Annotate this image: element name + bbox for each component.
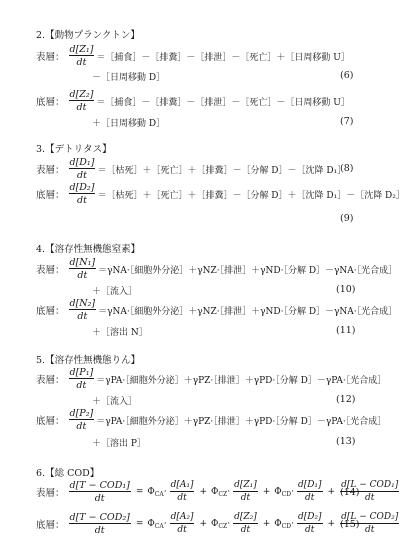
lhs-derivative: d[P₂] dt [69,409,95,432]
equation-6: 表層： d[Z₁] dt ＝［捕食］－［排糞］－［排泄］－［死亡］＋［日周移動 … [36,45,350,67]
derivative-term: d[A₂] dt [170,513,195,535]
equation-number: (6) [340,70,353,81]
equation-continuation: －［日周移動 D］ [92,70,165,83]
equation-continuation: ＋［日周移動 D］ [92,116,165,129]
equation-10: 表層： d[N₁] dt ＝γNA·［細胞外分泌］＋γNZ·［排泄］＋γND·［… [36,258,397,280]
phi-coefficient: ΦCZ· [211,487,230,498]
equation-rhs: ＝γNA·［細胞外分泌］＋γNZ·［排泄］＋γND·［分解 D］－γNA·［光合… [98,304,397,317]
equation-7: 底層： d[Z₂] dt ＝［捕食］－［排糞］－［排泄］－［死亡］－［日周移動 … [36,90,350,112]
equation-number: (15) [340,519,360,530]
equation-continuation: ＋［溶出 P］ [92,436,146,449]
equation-number: (8) [340,163,353,174]
layer-label: 底層： [36,303,65,317]
equation-8: 表層： d[D₁] dt ＝［枯死］＋［死亡］＋［排糞］－［分解 D］－［沈降 … [36,158,346,180]
lhs-derivative: d[N₁] dt [69,258,97,281]
derivative-term: d[Z₁] dt [233,481,258,503]
lhs-derivative: d[D₂] dt [69,183,96,206]
derivative-term: d[D₂] dt [297,513,323,535]
section-title-zooplankton: 2.【動物プランクトン】 [36,27,140,41]
equation-11: 底層： d[N₂] dt ＝γNA·［細胞外分泌］＋γNZ·［排泄］＋γND·［… [36,299,397,321]
phi-coefficient: ΦCA· [147,487,166,498]
equation-rhs: ＝γNA·［細胞外分泌］＋γNZ·［排泄］＋γND·［分解 D］－γNA·［光合… [98,263,397,276]
equation-rhs: ＝［枯死］＋［死亡］＋［排糞］－［分解 D］＋［沈降 D₁］－［沈降 D₂］ [97,188,400,201]
equation-continuation: ＋［流入］ [92,394,137,407]
section-title-dissolved-inorganic-phosphorus: 5.【溶存性無機態りん】 [36,352,140,366]
equation-rhs: ＝γPA·［細胞外分泌］＋γPZ·［排泄］＋γPD·［分解 D］－γPA·［光合… [96,414,386,427]
layer-label: 表層： [36,372,65,386]
derivative-term: d[A₁] dt [170,481,195,503]
lhs-derivative: d[D₁] dt [69,158,96,181]
equation-rhs: ＝［捕食］－［排糞］－［排泄］－［死亡］＋［日周移動 U］ [96,50,349,63]
equation-12: 表層： d[P₁] dt ＝γPA·［細胞外分泌］＋γPZ·［排泄］＋γPD·［… [36,368,386,390]
equation-number: (13) [336,436,356,447]
derivative-term: d[D₁] dt [297,481,323,503]
equation-rhs: ＝［枯死］＋［死亡］＋［排糞］－［分解 D］－［沈降 D₁］ [97,163,346,176]
equation-continuation: ＋［流入］ [92,284,137,297]
lhs-derivative: d[P₁] dt [69,368,95,391]
section-title-dissolved-inorganic-nitrogen: 4.【溶存性無機態窒素】 [36,241,140,255]
section-title-detritus: 3.【デトリタス】 [36,141,112,155]
phi-coefficient: ΦCA· [147,519,166,530]
equation-13: 底層： d[P₂] dt ＝γPA·［細胞外分泌］＋γPZ·［排泄］＋γPD·［… [36,409,386,431]
equation-number: (7) [340,116,353,127]
layer-label: 表層： [36,162,65,176]
layer-label: 底層： [36,413,65,427]
equation-continuation: ＋［溶出 N］ [92,325,148,338]
equation-rhs: ＝［捕食］－［排糞］－［排泄］－［死亡］－［日周移動 U］ [96,95,349,108]
equation-rhs: ＝γPA·［細胞外分泌］＋γPZ·［排泄］＋γPD·［分解 D］－γPA·［光合… [96,373,386,386]
equation-number: (11) [336,325,356,336]
phi-coefficient: ΦCD· [274,487,294,498]
equation-number: (14) [340,487,360,498]
phi-coefficient: ΦCZ· [211,519,230,530]
equation-9: 底層： d[D₂] dt ＝［枯死］＋［死亡］＋［排糞］－［分解 D］＋［沈降 … [36,183,400,205]
layer-label: 底層： [36,94,65,108]
layer-label: 底層： [36,187,65,201]
phi-coefficient: ΦCD· [274,519,294,530]
lhs-derivative: d[Z₁] dt [69,45,95,68]
lhs-derivative: d[N₂] dt [69,299,97,322]
derivative-term: d[Z₂] dt [233,513,258,535]
layer-label: 表層： [36,49,65,63]
lhs-derivative: d[T − COD₁] dt [69,481,131,504]
lhs-derivative: d[T − COD₂] dt [69,513,131,536]
section-title-total-cod: 6.【総 COD】 [36,465,99,479]
equation-number: (10) [336,284,356,295]
layer-label: 表層： [36,485,65,499]
equation-number: (12) [336,394,356,405]
lhs-derivative: d[Z₂] dt [69,90,95,113]
equation-number: (9) [340,213,353,224]
layer-label: 表層： [36,262,65,276]
layer-label: 底層： [36,517,65,531]
